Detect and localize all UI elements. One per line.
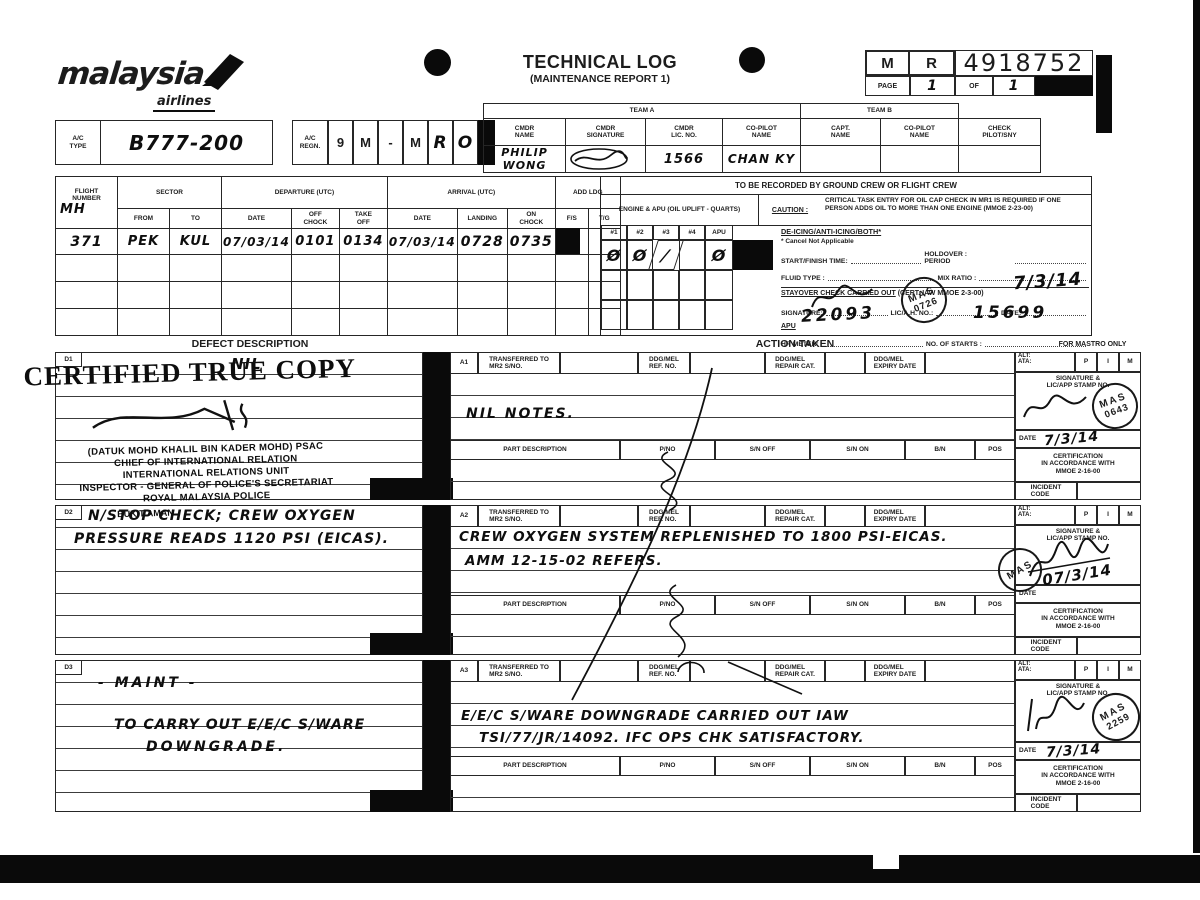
landing-value: 0728 xyxy=(457,229,507,255)
pno-col: P/NO xyxy=(620,756,715,776)
fluid-type-label: FLUID TYPE : xyxy=(781,275,825,282)
mr-page-value: 1 xyxy=(910,76,955,96)
m-col: M xyxy=(1119,660,1141,680)
deicing-label: DE-ICING/ANTI-ICING/BOTH* xyxy=(781,227,1089,236)
mastro-panel-1: ALT: ATA: P I M SIGNATURE & LIC/APP STAM… xyxy=(1015,352,1141,500)
scan-artifact-bar xyxy=(1035,76,1093,96)
page-subtitle: (MAINTENANCE REPORT 1) xyxy=(470,73,730,85)
hr-meter-value: 22093 xyxy=(801,303,876,327)
ata-label: ATA: xyxy=(1018,359,1074,365)
team-b-header: TEAM B xyxy=(801,104,959,119)
col-cmdr-signature: CMDR SIGNATURE xyxy=(566,119,646,146)
punch-hole xyxy=(424,49,451,76)
form-title-block: TECHNICAL LOG (MAINTENANCE REPORT 1) xyxy=(470,52,730,85)
incident-code-label: INCIDENT CODE xyxy=(1015,637,1077,655)
col-dep-date: DATE xyxy=(222,209,292,229)
flight-number-header: FLIGHT NUMBER MH xyxy=(56,177,118,229)
logo-wordmark: malaysia xyxy=(56,56,206,92)
col-take-off: TAKE OFF xyxy=(339,209,387,229)
bn-col: B/N xyxy=(905,440,975,460)
defect-id: D2 xyxy=(56,506,82,520)
scan-artifact-notch xyxy=(873,855,899,869)
defect-line: TO CARRY OUT E/E/C S/WARE xyxy=(114,717,365,733)
col-landing: LANDING xyxy=(457,209,507,229)
cert-date-value: 7/3/14 xyxy=(1044,429,1100,450)
mastro-panel-2: ALT: ATA: P I M SIGNATURE & LIC/APP STAM… xyxy=(1015,505,1141,655)
action-panel-a1: A1 TRANSFERRED TO MR2 S/NO. DDG/MEL REF.… xyxy=(450,352,1015,500)
col-check-pilot: CHECK PILOT/SNY xyxy=(959,119,1041,146)
engine-apu-label: ENGINE & APU (OIL UPLIFT - QUARTS) xyxy=(601,195,759,225)
pos-col: POS xyxy=(975,595,1015,615)
incident-code-label: INCIDENT CODE xyxy=(1015,794,1077,812)
mr-of-label: OF xyxy=(955,76,993,96)
oil-col-3: #3 xyxy=(653,225,679,240)
cert-signature-scribble xyxy=(1020,391,1090,423)
scan-artifact-bar xyxy=(370,633,453,655)
cmdr-signature-scribble xyxy=(566,146,646,173)
aircraft-regn-label: A/C REGN. xyxy=(292,120,328,165)
aircraft-type-label: A/C TYPE xyxy=(55,120,101,165)
col-cmdr-lic: CMDR LIC. NO. xyxy=(646,119,723,146)
regn-char: 9 xyxy=(328,120,353,165)
departure-header: DEPARTURE (UTC) xyxy=(222,177,388,209)
regn-char: M xyxy=(353,120,378,165)
table-row-empty xyxy=(56,282,621,309)
oil-value-4 xyxy=(679,240,705,270)
on-chock-value: 0735 xyxy=(507,229,555,255)
part-description-col: PART DESCRIPTION xyxy=(450,440,620,460)
col-to: TO xyxy=(170,209,222,229)
defect-description-header: DEFECT DESCRIPTION xyxy=(150,338,350,350)
crew-table: TEAM A TEAM B CMDR NAME CMDR SIGNATURE C… xyxy=(483,103,1041,173)
action-panel-a2: A2 TRANSFERRED TO MR2 S/NO. DDG/MEL REF.… xyxy=(450,505,1015,655)
punch-hole xyxy=(739,47,765,73)
start-finish-label: START/FINISH TIME: xyxy=(781,258,848,265)
police-signature-scribble xyxy=(84,393,275,440)
action-taken-header: ACTION TAKEN xyxy=(730,338,860,350)
arrival-header: ARRIVAL (UTC) xyxy=(387,177,555,209)
cancel-note: * Cancel Not Applicable xyxy=(781,238,1089,245)
action-line: E/E/C S/WARE DOWNGRADE CARRIED OUT IAW xyxy=(461,708,849,724)
cert-date-value: 7/3/14 xyxy=(1046,741,1102,761)
aircraft-type-box: A/C TYPE B777-200 xyxy=(55,120,273,165)
transferred-label: TRANSFERRED TO MR2 S/NO. xyxy=(478,505,560,527)
incident-code-label: INCIDENT CODE xyxy=(1015,482,1077,500)
kite-logo-icon xyxy=(200,52,246,92)
off-chock-value: 0101 xyxy=(291,229,339,255)
starts-value: 15699 xyxy=(973,303,1047,323)
aircraft-regn-box: A/C REGN. 9 M - M R O xyxy=(292,120,495,165)
action-line: AMM 12-15-02 REFERS. xyxy=(465,553,663,569)
log-block-3: D3 - MAINT - TO CARRY OUT E/E/C S/WARE D… xyxy=(55,660,1141,812)
p-col: P xyxy=(1075,352,1097,372)
cmdr-lic-value: 1566 xyxy=(646,146,723,173)
flight-table: FLIGHT NUMBER MH SECTOR DEPARTURE (UTC) … xyxy=(55,176,621,336)
ata-label: ATA: xyxy=(1018,512,1074,518)
scan-artifact-edge xyxy=(1193,0,1200,853)
transferred-label: TRANSFERRED TO MR2 S/NO. xyxy=(478,660,560,682)
p-col: P xyxy=(1075,660,1097,680)
mastro-panel-3: ALT: ATA: P I M SIGNATURE & LIC/APP STAM… xyxy=(1015,660,1141,812)
technical-log-scan: malaysia airlines TECHNICAL LOG (MAINTEN… xyxy=(0,0,1200,900)
action-line: CREW OXYGEN SYSTEM REPLENISHED TO 1800 P… xyxy=(459,529,948,545)
mr-serial-number: 4918752 xyxy=(955,50,1093,76)
page-title: TECHNICAL LOG xyxy=(470,52,730,73)
action-id: A2 xyxy=(450,505,478,527)
ddg-repair-label: DDG/MEL REPAIR CAT. xyxy=(765,505,825,527)
regn-char: M xyxy=(403,120,428,165)
flight-number-label: FLIGHT NUMBER xyxy=(57,188,116,203)
flight-number-prefix: MH xyxy=(57,202,116,217)
col-copilot-name: CO-PILOT NAME xyxy=(723,119,801,146)
police-stamp-lines: (DATUK MOHD KHALIL BIN KADER MOHD) PSAC … xyxy=(25,439,386,508)
col-off-chock: OFF CHOCK xyxy=(291,209,339,229)
cmdr-name-value: PHILIP WONG xyxy=(484,146,566,173)
defect-line: - MAINT - xyxy=(98,675,198,691)
ddg-expiry-label: DDG/MEL EXPIRY DATE xyxy=(865,352,925,374)
log-block-2: D2 N/STOP CHECK; CREW OXYGEN PRESSURE RE… xyxy=(55,505,1141,655)
mr-number-box: M R 4918752 PAGE 1 OF 1 xyxy=(865,50,1093,96)
m-col: M xyxy=(1119,505,1141,525)
action-line: NIL NOTES. xyxy=(466,406,575,422)
sn-off-col: S/N OFF xyxy=(715,440,810,460)
team-a-header: TEAM A xyxy=(484,104,801,119)
col-capt-name: CAPT. NAME xyxy=(801,119,881,146)
ddg-expiry-label: DDG/MEL EXPIRY DATE xyxy=(865,660,925,682)
copilot-name-value: CHAN KY xyxy=(723,146,801,173)
part-description-col: PART DESCRIPTION xyxy=(450,756,620,776)
table-row-empty xyxy=(56,309,621,336)
flight-number-value: 371 xyxy=(56,229,118,255)
dep-date-value: 07/03/14 xyxy=(222,229,292,255)
oil-col-4: #4 xyxy=(679,225,705,240)
oil-col-2: #2 xyxy=(627,225,653,240)
defect-line: DOWNGRADE. xyxy=(146,739,286,755)
sn-off-col: S/N OFF xyxy=(715,595,810,615)
col-cmdr-name: CMDR NAME xyxy=(484,119,566,146)
take-off-value: 0134 xyxy=(339,229,387,255)
mix-ratio-label: MIX RATIO : xyxy=(938,275,977,282)
mr-r: R xyxy=(910,50,955,76)
part-description-col: PART DESCRIPTION xyxy=(450,595,620,615)
flight-data-row: 371 PEK KUL 07/03/14 0101 0134 07/03/14 … xyxy=(56,229,621,255)
pno-col: P/NO xyxy=(620,595,715,615)
date-label: DATE xyxy=(1016,747,1036,754)
ddg-repair-label: DDG/MEL REPAIR CAT. xyxy=(765,660,825,682)
defect-id: D3 xyxy=(56,661,82,675)
p-col: P xyxy=(1075,505,1097,525)
defect-panel-d2: D2 N/STOP CHECK; CREW OXYGEN PRESSURE RE… xyxy=(55,505,423,655)
caution-text: CRITICAL TASK ENTRY FOR OIL CAP CHECK IN… xyxy=(821,195,1091,225)
i-col: I xyxy=(1097,505,1119,525)
i-col: I xyxy=(1097,660,1119,680)
scan-artifact-bar xyxy=(1096,55,1112,133)
ddg-repair-label: DDG/MEL REPAIR CAT. xyxy=(765,352,825,374)
from-value: PEK xyxy=(118,229,170,255)
date-label: DATE xyxy=(1016,435,1036,442)
certified-true-copy-stamp: CERTIFIED TRUE COPY (DATUK MOHD KHALIL B… xyxy=(23,351,447,509)
pos-col: POS xyxy=(975,756,1015,776)
col-copilot-name-b: CO-PILOT NAME xyxy=(881,119,959,146)
m-col: M xyxy=(1119,352,1141,372)
action-id: A3 xyxy=(450,660,478,682)
oil-value-1: Ø xyxy=(601,240,627,270)
sn-on-col: S/N ON xyxy=(810,440,905,460)
regn-char-handwritten: O xyxy=(453,120,478,165)
bn-col: B/N xyxy=(905,756,975,776)
scan-artifact-bar xyxy=(556,228,580,254)
mr-m: M xyxy=(865,50,910,76)
scan-artifact-bar xyxy=(733,240,773,270)
action-panel-a3: A3 TRANSFERRED TO MR2 S/NO. DDG/MEL REF.… xyxy=(450,660,1015,812)
defect-panel-d3: D3 - MAINT - TO CARRY OUT E/E/C S/WARE D… xyxy=(55,660,423,812)
pos-col: POS xyxy=(975,440,1015,460)
police-stamp-bukit-aman: BUKIT AMAN xyxy=(117,508,174,519)
transferred-label: TRANSFERRED TO MR2 S/NO. xyxy=(478,352,560,374)
cert-signature-scribble xyxy=(1022,695,1088,735)
certification-label: CERTIFICATION IN ACCORDANCE WITH MMOE 2-… xyxy=(1015,603,1141,637)
sn-off-col: S/N OFF xyxy=(715,756,810,776)
col-fs: F/S xyxy=(555,209,588,229)
sn-on-col: S/N ON xyxy=(810,756,905,776)
ddg-ref-label: DDG/MEL REF. NO. xyxy=(638,352,690,374)
ata-label: ATA: xyxy=(1018,667,1074,673)
action-line: TSI/77/JR/14092. IFC OPS CHK SATISFACTOR… xyxy=(479,730,865,746)
oil-col-1: #1 xyxy=(601,225,627,240)
col-on-chock: ON CHOCK xyxy=(507,209,555,229)
ddg-ref-label: DDG/MEL REF. NO. xyxy=(638,660,690,682)
bn-col: B/N xyxy=(905,595,975,615)
ddg-ref-label: DDG/MEL REF. NO. xyxy=(638,505,690,527)
airline-logo: malaysia airlines xyxy=(58,52,278,112)
aircraft-type-value: B777-200 xyxy=(101,120,273,165)
holdover-label: HOLDOVER : PERIOD xyxy=(924,251,1012,265)
oil-col-apu: APU xyxy=(705,225,733,240)
sector-header: SECTOR xyxy=(118,177,222,209)
mr-page-label: PAGE xyxy=(865,76,910,96)
caution-label: CAUTION : xyxy=(759,195,821,225)
table-row-empty xyxy=(56,255,621,282)
i-col: I xyxy=(1097,352,1119,372)
starts-label: NO. OF STARTS : xyxy=(926,341,982,348)
logo-sub: airlines xyxy=(153,94,215,112)
oil-uplift-grid: #1 #2 #3 #4 APU Ø Ø / Ø xyxy=(601,225,777,330)
col-from: FROM xyxy=(118,209,170,229)
sn-on-col: S/N ON xyxy=(810,595,905,615)
to-value: KUL xyxy=(170,229,222,255)
for-mastro-only-header: FOR MASTRO ONLY xyxy=(1040,341,1145,348)
action-id: A1 xyxy=(450,352,478,374)
arr-date-value: 07/03/14 xyxy=(387,229,457,255)
mr-of-value: 1 xyxy=(993,76,1035,96)
certification-label: CERTIFICATION IN ACCORDANCE WITH MMOE 2-… xyxy=(1015,760,1141,794)
regn-char-handwritten: R xyxy=(428,120,453,165)
ddg-expiry-label: DDG/MEL EXPIRY DATE xyxy=(865,505,925,527)
col-arr-date: DATE xyxy=(387,209,457,229)
scan-artifact-band xyxy=(0,855,1200,883)
ground-panel-title: TO BE RECORDED BY GROUND CREW OR FLIGHT … xyxy=(601,177,1091,195)
scan-artifact-bar xyxy=(370,790,453,812)
regn-char: - xyxy=(378,120,403,165)
certification-label: CERTIFICATION IN ACCORDANCE WITH MMOE 2-… xyxy=(1015,448,1141,482)
pno-col: P/NO xyxy=(620,440,715,460)
defect-line: PRESSURE READS 1120 PSI (EICAS). xyxy=(74,531,389,547)
ground-crew-panel: TO BE RECORDED BY GROUND CREW OR FLIGHT … xyxy=(600,176,1092,336)
oil-value-apu: Ø xyxy=(705,240,733,270)
